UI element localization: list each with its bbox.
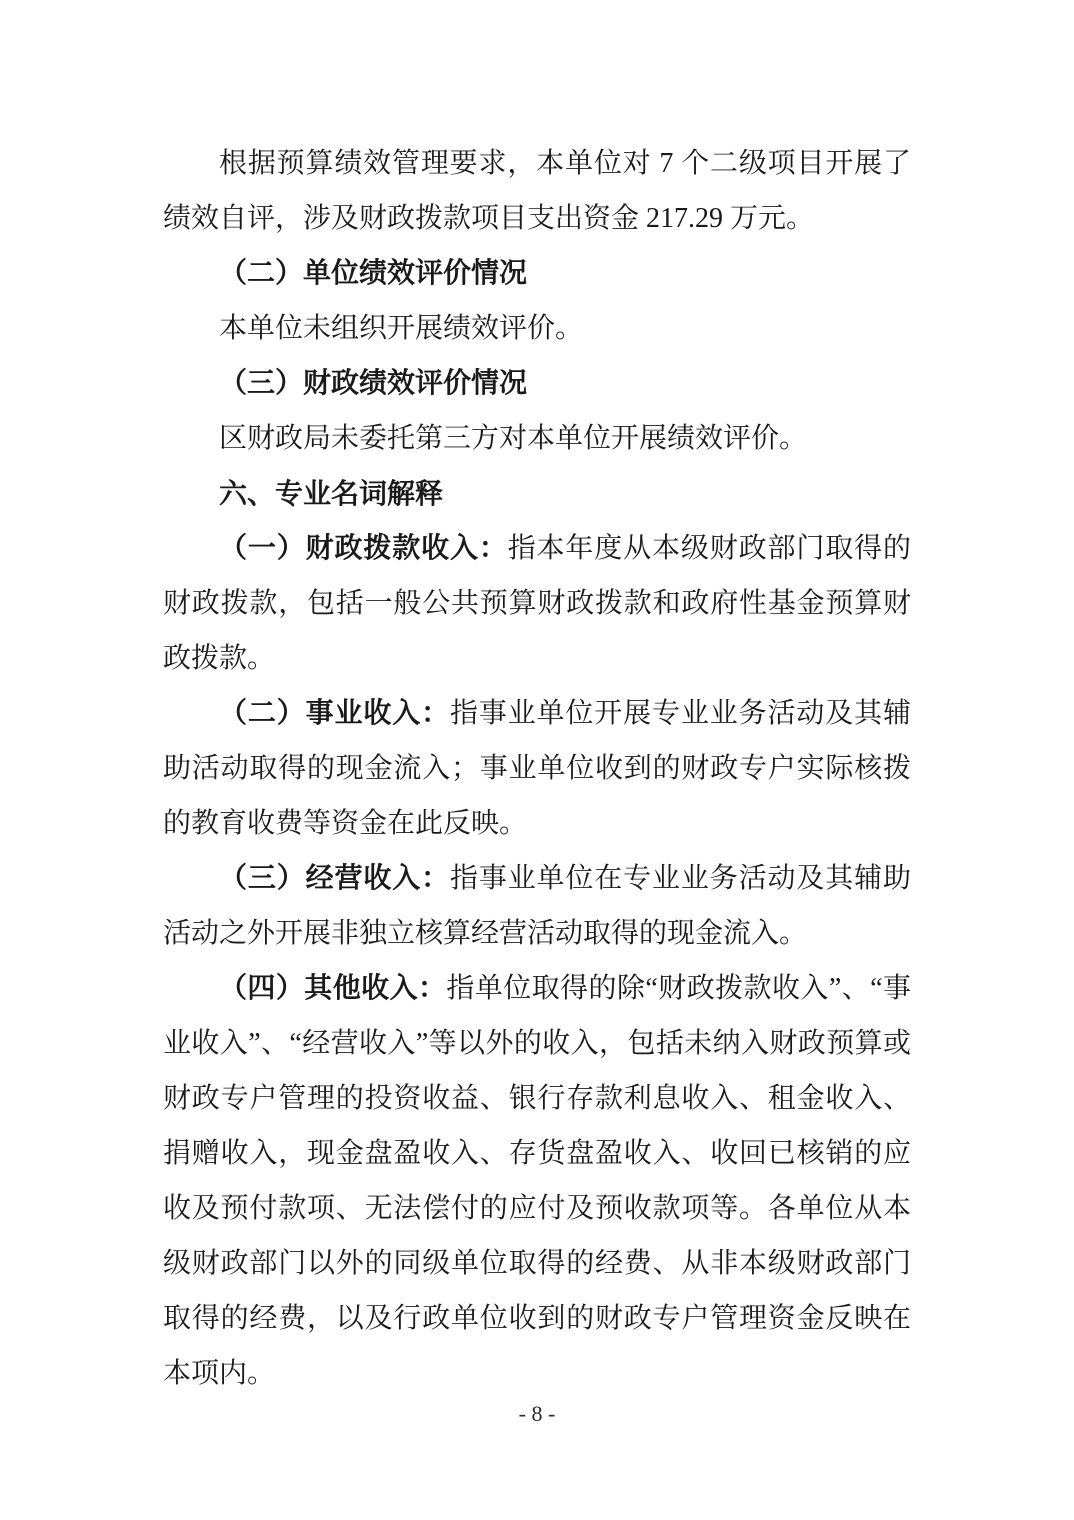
term-label-institutional-income: （二）事业收入： [219, 698, 450, 729]
paragraph-unit-performance-evaluation: 本单位未组织开展绩效评价。 [163, 301, 911, 356]
heading-fiscal-performance-evaluation: （三）财政绩效评价情况 [163, 356, 911, 411]
page-number: - 8 - [0, 1400, 1074, 1428]
paragraph-fiscal-performance-evaluation: 区财政局未委托第三方对本单位开展绩效评价。 [163, 411, 911, 466]
paragraph-term-institutional-income: （二）事业收入：指事业单位开展专业业务活动及其辅助活动取得的现金流入；事业单位收… [163, 686, 911, 851]
heading-unit-performance-evaluation: （二）单位绩效评价情况 [163, 246, 911, 301]
document-page: 根据预算绩效管理要求，本单位对 7 个二级项目开展了绩效自评，涉及财政拨款项目支… [0, 0, 1074, 1520]
term-label-other-income: （四）其他收入： [219, 973, 446, 1004]
paragraph-term-operating-income: （三）经营收入：指事业单位在专业业务活动及其辅助活动之外开展非独立核算经营活动取… [163, 851, 911, 961]
paragraph-term-fiscal-appropriation-income: （一）财政拨款收入：指本年度从本级财政部门取得的财政拨款，包括一般公共预算财政拨… [163, 521, 911, 686]
paragraph-performance-self-evaluation: 根据预算绩效管理要求，本单位对 7 个二级项目开展了绩效自评，涉及财政拨款项目支… [163, 136, 911, 246]
paragraph-term-other-income: （四）其他收入：指单位取得的除“财政拨款收入”、“事业收入”、“经营收入”等以外… [163, 961, 911, 1401]
term-label-operating-income: （三）经营收入： [219, 863, 450, 894]
term-definition-other-income: 指单位取得的除“财政拨款收入”、“事业收入”、“经营收入”等以外的收入，包括未纳… [163, 973, 911, 1389]
document-body: 根据预算绩效管理要求，本单位对 7 个二级项目开展了绩效自评，涉及财政拨款项目支… [163, 136, 911, 1401]
heading-terminology-section: 六、专业名词解释 [163, 466, 911, 521]
term-label-fiscal-appropriation-income: （一）财政拨款收入： [219, 533, 508, 564]
